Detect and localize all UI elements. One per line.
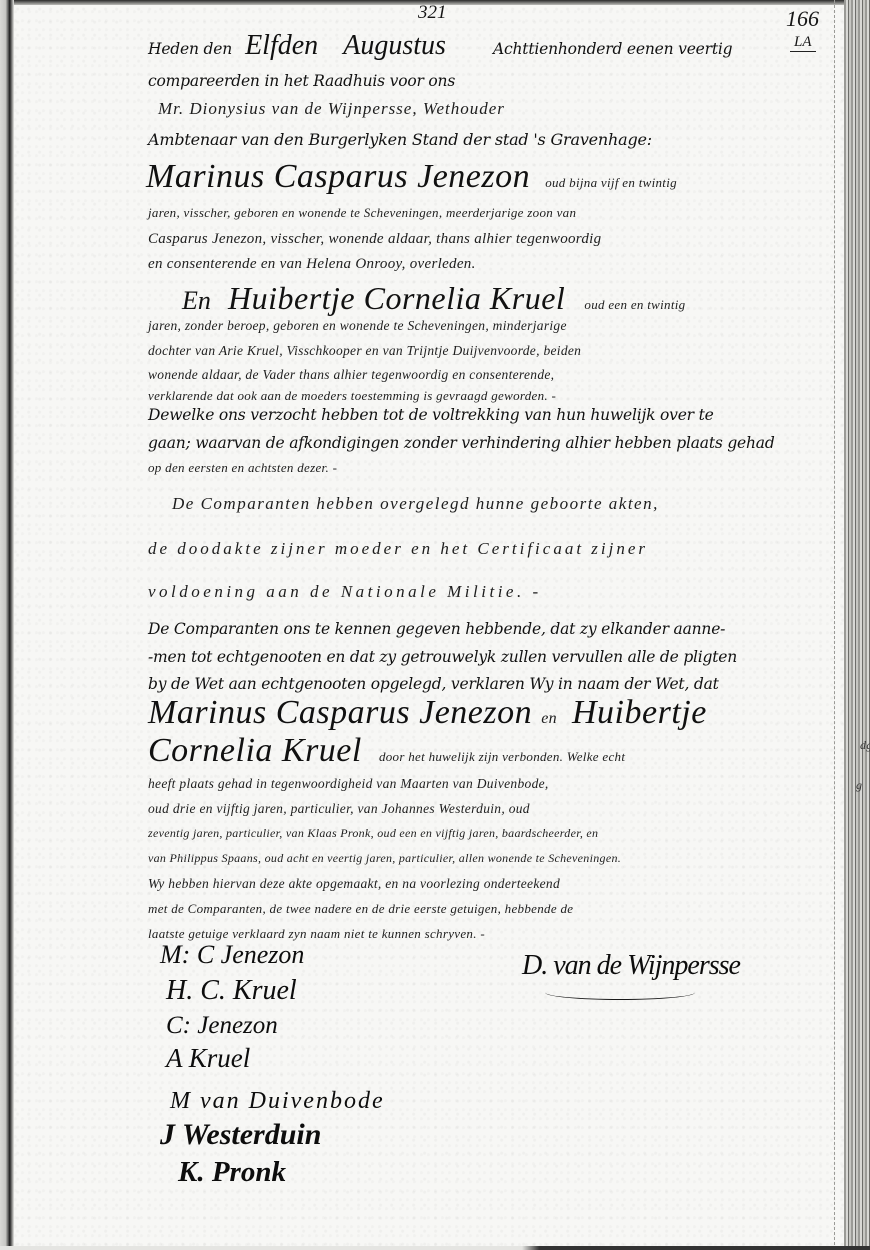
margin-record-number: 166 xyxy=(786,6,819,32)
request-line-2: gaan; waarvan de afkondigingen zonder ve… xyxy=(148,434,775,452)
conclusion-conjunction: en xyxy=(541,710,557,727)
groom-line-2: jaren, visscher, geboren en wonende te S… xyxy=(148,205,576,221)
conclusion-line-1: Marinus Casparus Jenezon en Huibertje xyxy=(148,694,707,732)
declaration-line-1: De Comparanten ons te kennen gegeven heb… xyxy=(148,620,725,638)
book-gutter xyxy=(0,0,14,1250)
month-value: Augustus xyxy=(343,30,446,61)
conclusion-line-6: van Philippus Spaans, oud acht en veerti… xyxy=(148,851,621,866)
declaration-line-2: -men tot echtgenooten en dat zy getrouwe… xyxy=(148,648,737,666)
signature-groom: M: C Jenezon xyxy=(160,940,304,970)
page-number: 321 xyxy=(418,2,447,24)
bride-line-4: wonende aldaar, de Vader thans alhier te… xyxy=(148,367,554,383)
conclusion-line-2: Cornelia Kruel door het huwelijk zijn ve… xyxy=(148,732,625,770)
page-bottom-edge xyxy=(0,1246,870,1250)
signature-bride-father: A Kruel xyxy=(166,1043,250,1074)
year-value: Achttienhonderd eenen veertig xyxy=(493,40,732,58)
bride-line-1: En Huibertje Cornelia Kruel oud een en t… xyxy=(182,280,685,317)
intro-line-2: compareerden in het Raadhuis voor ons xyxy=(148,72,455,90)
day-value: Elfden xyxy=(245,30,318,61)
documents-line-2: de doodakte zijner moeder en het Certifi… xyxy=(148,539,648,559)
conclusion-line-8: met de Comparanten, de twee nadere en de… xyxy=(148,901,573,917)
bride-prefix: En xyxy=(182,286,211,315)
official-name: Mr. Dionysius van de Wijnpersse, Wethoud… xyxy=(158,99,505,119)
conclusion-bride-first: Huibertje xyxy=(572,694,707,731)
bride-age: oud een en twintig xyxy=(584,297,685,312)
signature-witness-3: K. Pronk xyxy=(178,1156,286,1189)
signature-flourish xyxy=(545,985,695,1000)
conclusion-line-3: heeft plaats gehad in tegenwoordigheid v… xyxy=(148,776,549,792)
request-line-1: Dewelke ons verzocht hebben tot de voltr… xyxy=(148,406,714,424)
bride-line-2: jaren, zonder beroep, geboren en wonende… xyxy=(148,318,567,334)
conclusion-groom-name: Marinus Casparus Jenezon xyxy=(148,694,532,731)
declaration-line-3: by de Wet aan echtgenooten opgelegd, ver… xyxy=(148,675,719,693)
register-page: 321 166 LA Heden den Elfden Augustus Ach… xyxy=(0,0,870,1250)
signature-bride: H. C. Kruel xyxy=(166,975,297,1007)
conclusion-united: door het huwelijk zijn verbonden. Welke … xyxy=(379,749,625,764)
conclusion-line-4: oud drie en vijftig jaren, particulier, … xyxy=(148,801,530,817)
signature-witness-2: J Westerduin xyxy=(160,1118,321,1152)
conclusion-line-7: Wy hebben hiervan deze akte opgemaakt, e… xyxy=(148,876,560,892)
groom-age: oud bijna vijf en twintig xyxy=(545,175,677,190)
documents-line-3: voldoening aan de Nationale Militie. - xyxy=(148,582,542,602)
margin-note-2: g xyxy=(856,778,862,793)
conclusion-line-5: zeventig jaren, particulier, van Klaas P… xyxy=(148,826,598,841)
margin-note-1: dg xyxy=(860,738,870,753)
intro-line-4: Ambtenaar van den Burgerlyken Stand der … xyxy=(148,130,652,149)
page-stack-edge xyxy=(844,0,870,1250)
margin-rule xyxy=(834,0,836,1250)
conclusion-bride-rest: Cornelia Kruel xyxy=(148,732,362,769)
signature-groom-father: C: Jenezon xyxy=(166,1012,278,1040)
groom-line-3: Casparus Jenezon, visscher, wonende alda… xyxy=(148,231,601,248)
bride-line-5: verklarende dat ook aan de moeders toest… xyxy=(148,388,556,404)
printed-heden-den: Heden den xyxy=(148,40,232,58)
groom-name: Marinus Casparus Jenezon xyxy=(146,158,530,195)
signature-official: D. van de Wijnpersse xyxy=(522,950,740,982)
margin-code: LA xyxy=(790,34,816,52)
groom-line-1: Marinus Casparus Jenezon oud bijna vijf … xyxy=(146,158,677,196)
bride-name: Huibertje Cornelia Kruel xyxy=(228,280,565,316)
signature-witness-1: M van Duivenbode xyxy=(170,1088,385,1115)
documents-line-1: De Comparanten hebben overgelegd hunne g… xyxy=(172,494,659,514)
request-line-3: op den eersten en achtsten dezer. - xyxy=(148,460,337,476)
bride-line-3: dochter van Arie Kruel, Visschkooper en … xyxy=(148,343,581,359)
intro-line-1: Heden den Elfden Augustus Achttienhonder… xyxy=(148,30,732,62)
groom-line-4: en consenterende en van Helena Onrooy, o… xyxy=(148,256,476,273)
